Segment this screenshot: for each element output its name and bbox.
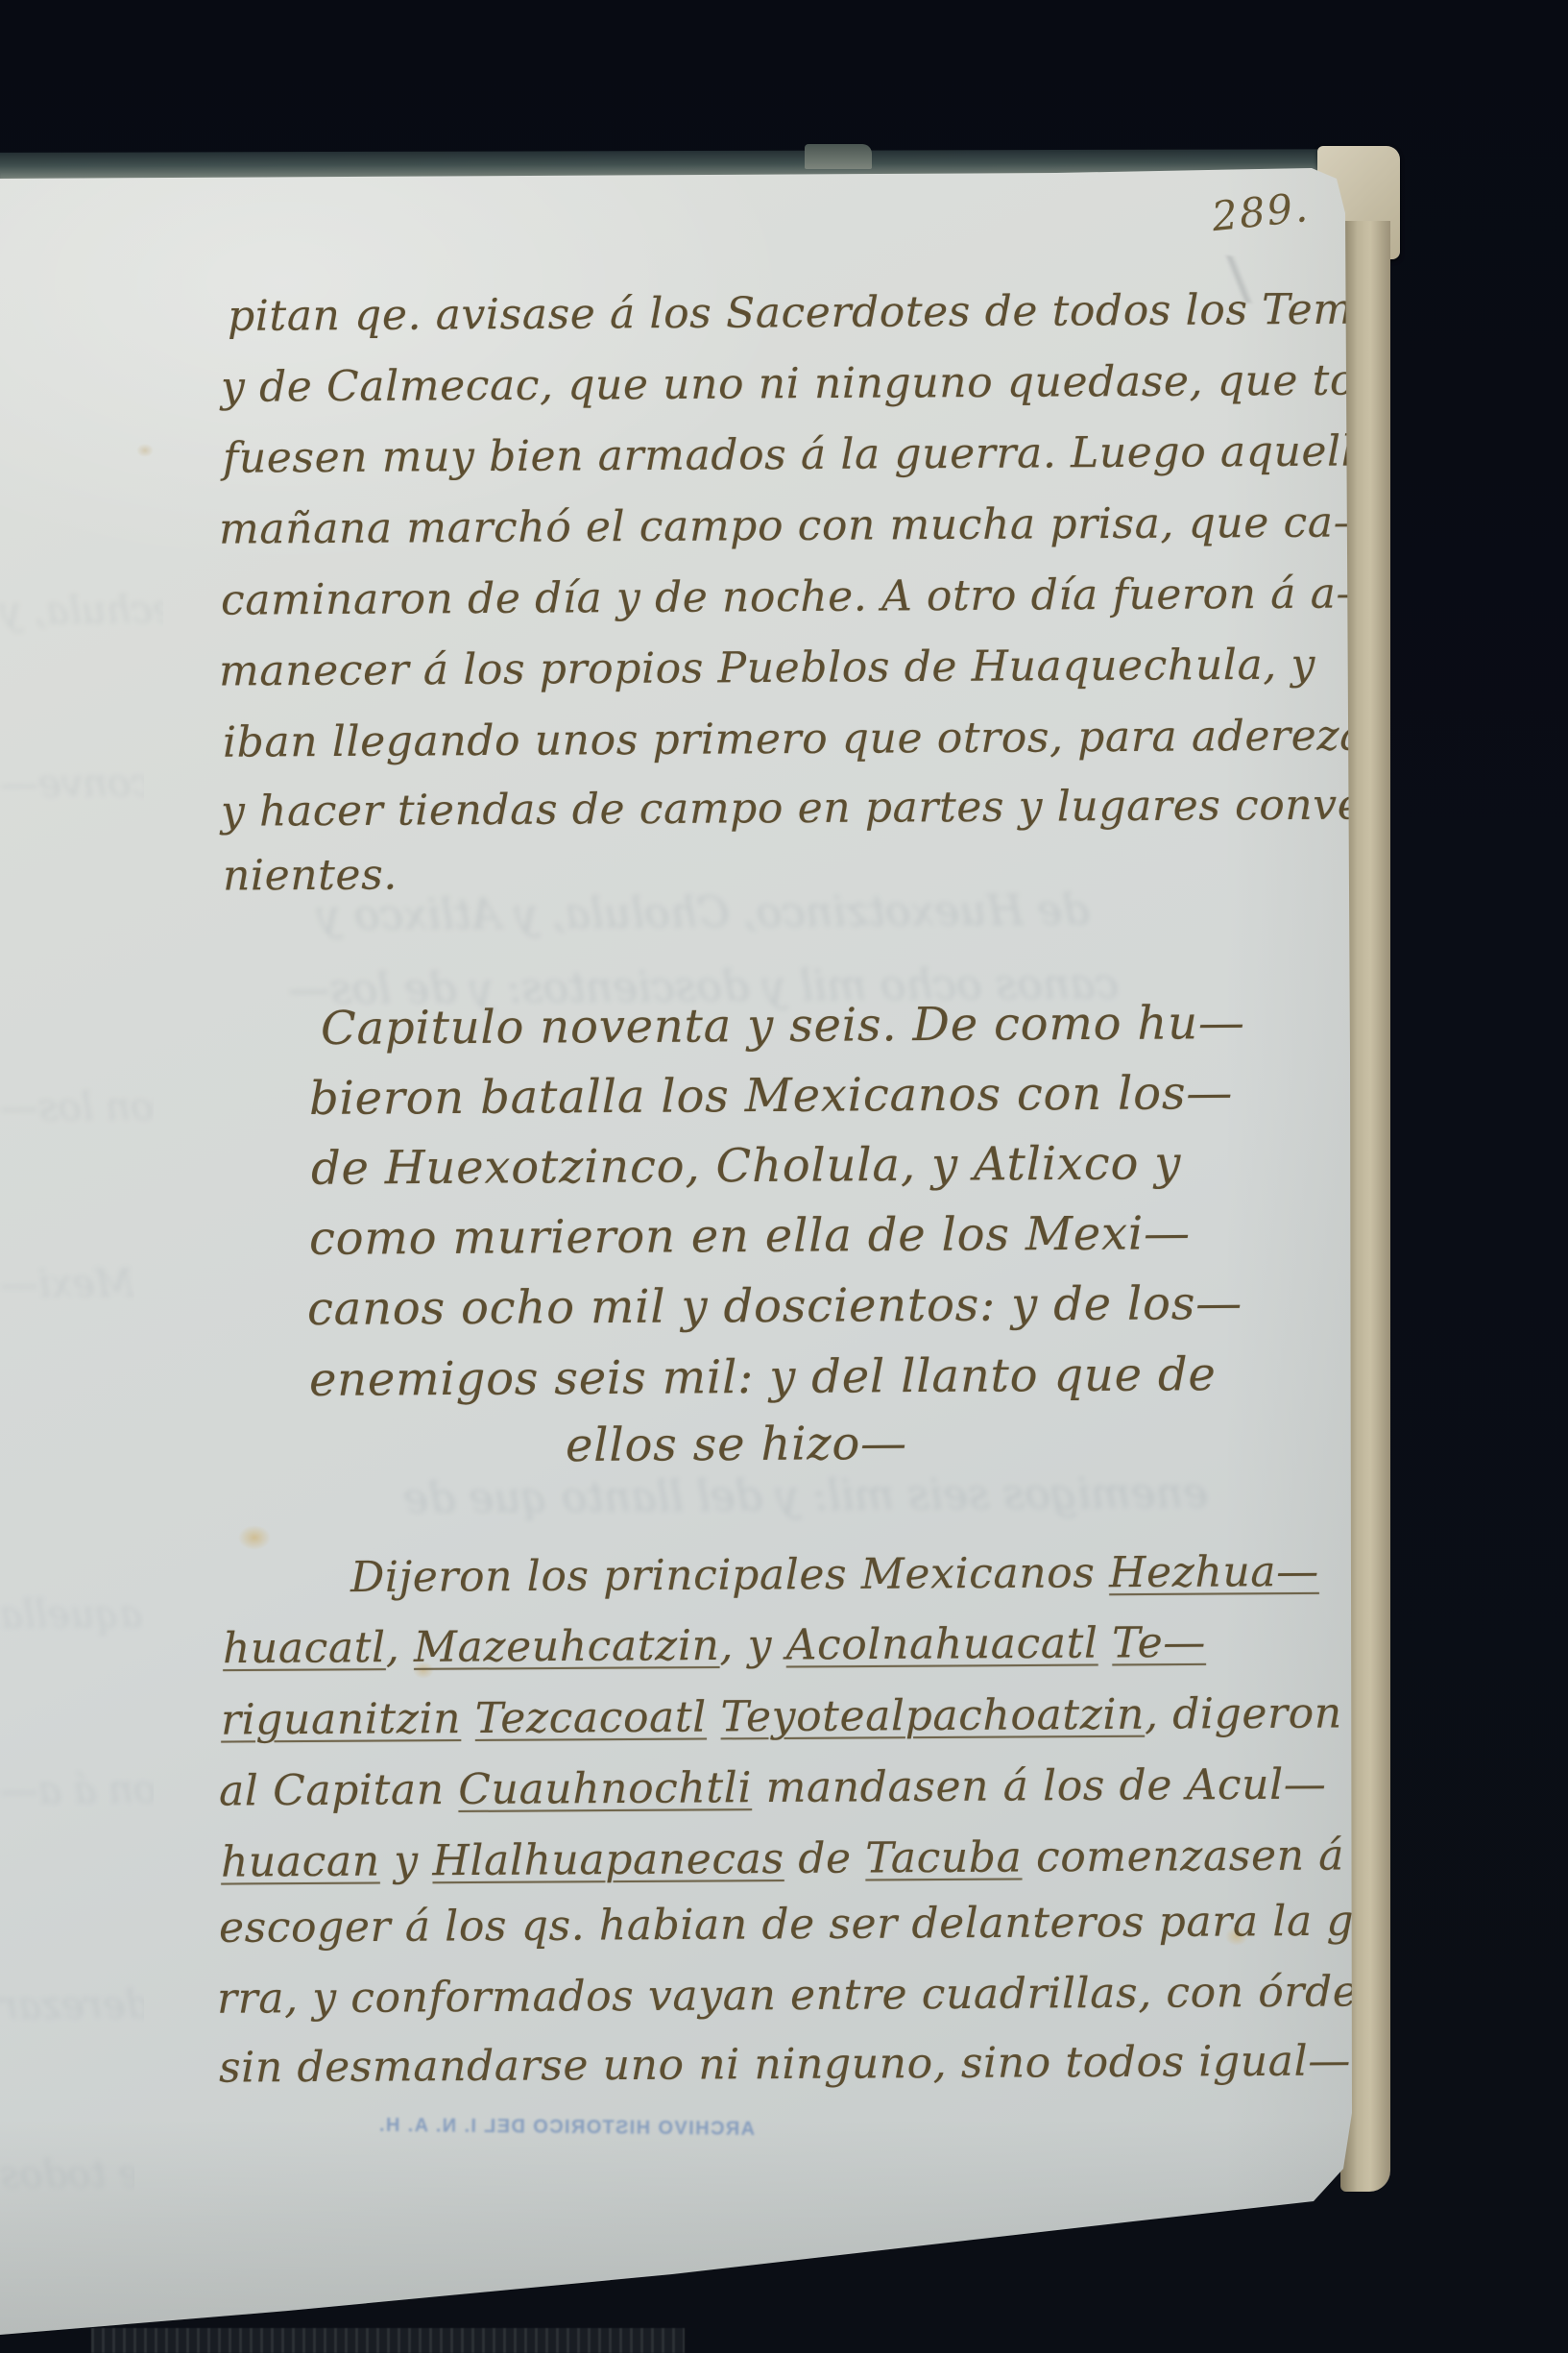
bleed-through-fragment: caminaron de día y de noche. A otro día … <box>0 1765 154 1823</box>
bleed-through-fragment: como murieron en ella de los Mexi— <box>0 1260 134 1318</box>
archive-stamp: ARCHIVO HISTORICO DEL I. N. A. H. <box>398 2115 755 2161</box>
book-edge-notch <box>805 144 872 169</box>
manuscript-line: huacatl, Mazeuhcatzin, y Acolnahuacatl T… <box>223 1618 1206 1673</box>
manuscript-line: rra, y conformados vayan entre cuadrilla… <box>217 1967 1387 2023</box>
bleed-through-fragment: y hacer tiendas de campo en partes y lug… <box>0 759 144 816</box>
foxing-spot <box>238 1525 271 1550</box>
manuscript-line: al Capitan Cuauhnochtli mandasen á los d… <box>219 1759 1327 1815</box>
manuscript-line: Dijeron los principales Mexicanos Hezhua… <box>350 1547 1319 1602</box>
photographic-scale-bar <box>91 2328 685 2353</box>
manuscript-page: de Huexotzinco, Cholula, y Atlixco y can… <box>0 0 1568 2353</box>
chapter-heading-line: Capitulo noventa y seis. De como hu— <box>321 996 1245 1055</box>
manuscript-line: escoger á los qs. habian de ser delanter… <box>219 1896 1451 1953</box>
foxing-spot <box>136 444 154 457</box>
manuscript-line: manecer á los propios Pueblos de Huaquec… <box>219 641 1315 696</box>
manuscript-line: riguanitzin Tezcacoatl Teyotealpachoatzi… <box>221 1688 1342 1744</box>
chapter-heading-line: bieron batalla los Mexicanos con los— <box>309 1066 1233 1126</box>
chapter-heading-line: canos ocho mil y doscientos: y de los— <box>307 1276 1242 1336</box>
manuscript-line: mañana marchó el campo con mucha prisa, … <box>219 497 1377 553</box>
folio-number: 289. <box>1210 183 1312 240</box>
bleed-through-fragment: manecer á los propios Pueblos de Huaquec… <box>0 586 163 643</box>
bleed-through-text: enemigos seis mil: y del llanto que de <box>403 1468 1208 1523</box>
manuscript-photograph: de Huexotzinco, Cholula, y Atlixco y can… <box>0 0 1568 2353</box>
manuscript-line: nientes. <box>223 850 398 900</box>
chapter-heading-line: ellos se hizo— <box>566 1417 907 1472</box>
bleed-through-text: de Huexotzinco, Cholula, y Atlixco y <box>317 885 1090 940</box>
manuscript-line: y de Calmecac, que uno ni ninguno quedas… <box>221 355 1432 412</box>
manuscript-line: fuesen muy bien armados á la guerra. Lue… <box>223 426 1382 482</box>
bleed-through-fragment: y de Calmecac, que uno ni ninguno quedas… <box>0 2149 134 2207</box>
manuscript-line: sin desmandarse uno ni ninguno, sino tod… <box>219 2036 1351 2092</box>
manuscript-line: caminaron de día y de noche. A otro día … <box>221 569 1379 624</box>
chapter-heading-line: enemigos seis mil: y del llanto que de <box>309 1347 1217 1407</box>
manuscript-line: y hacer tiendas de campo en partes y lug… <box>221 780 1406 837</box>
manuscript-line: iban llegando unos primero que otros, pa… <box>223 711 1387 766</box>
chapter-heading-line: como murieron en ella de los Mexi— <box>309 1206 1191 1266</box>
manuscript-line: huacan y Hlalhuapanecas de Tacuba comenz… <box>221 1831 1344 1886</box>
manuscript-line: pitan qe. avisase á los Sacerdotes de to… <box>228 284 1444 341</box>
bleed-through-fragment: bieron batalla los Mexicanos con los— <box>0 1083 154 1141</box>
bleed-through-fragment: fuesen muy bien armados á la guerra. Lue… <box>0 1589 144 1647</box>
chapter-heading-line: de Huexotzinco, Cholula, y Atlixco y <box>311 1136 1182 1196</box>
bleed-through-fragment: iban llegando unos primero que otros, pa… <box>0 1980 144 2038</box>
